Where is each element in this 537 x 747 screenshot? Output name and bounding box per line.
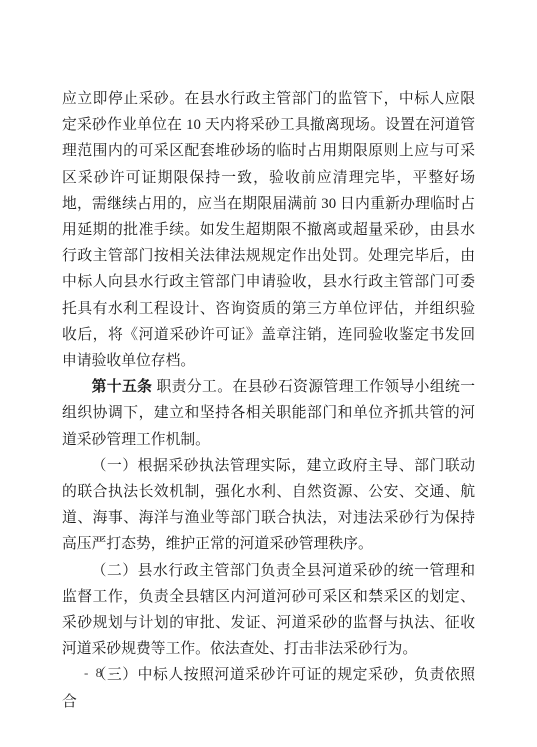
article-15-number: 第十五条 (92, 379, 153, 395)
paragraph-item-1: （一）根据采砂执法管理实际，建立政府主导、部门联动的联合执法长效机制，强化水利、… (62, 453, 475, 558)
paragraph-continuation: 应立即停止采砂。在县水行政主管部门的监管下，中标人应限定采砂作业单位在 10 天… (62, 86, 475, 374)
document-body: 应立即停止采砂。在县水行政主管部门的监管下，中标人应限定采砂作业单位在 10 天… (62, 86, 475, 715)
page-number: - 8 - (84, 665, 116, 681)
paragraph-item-2: （二）县水行政主管部门负责全县河道采砂的统一管理和监督工作，负责全县辖区内河道河… (62, 558, 475, 663)
paragraph-item-3: （三）中标人按照河道采砂许可证的规定采砂，负责依照合 (62, 662, 475, 714)
paragraph-article-15: 第十五条 职责分工。在县砂石资源管理工作领导小组统一组织协调下，建立和坚持各相关… (62, 374, 475, 453)
document-page: 应立即停止采砂。在县水行政主管部门的监管下，中标人应限定采砂作业单位在 10 天… (0, 0, 537, 747)
